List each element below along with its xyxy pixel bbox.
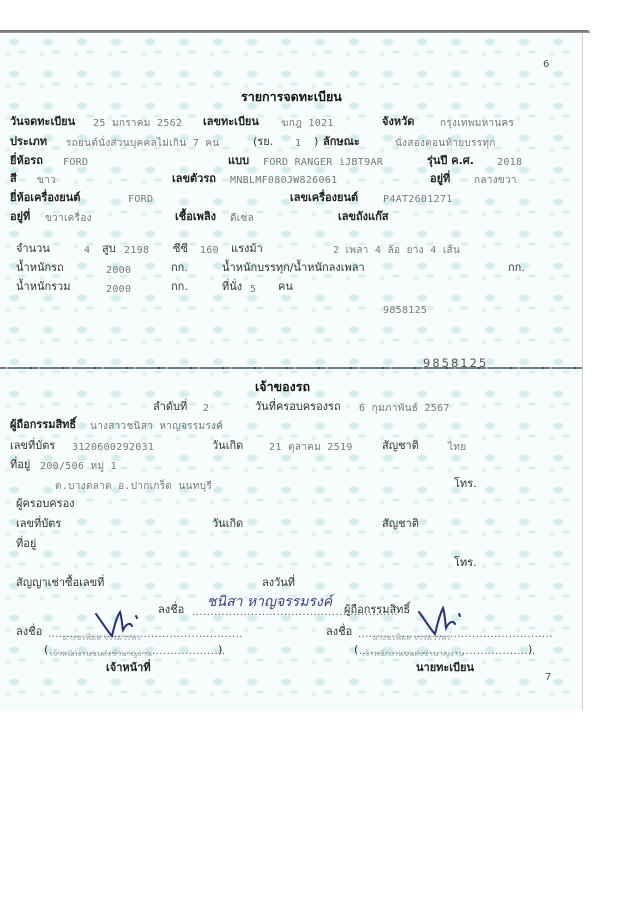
- officer-signature-scribble: [92, 606, 142, 642]
- cylinders-unit: สูบ: [102, 242, 116, 256]
- engine-brand-label: ยี่ห้อเครื่องยนต์: [10, 191, 80, 205]
- gross-weight-value: 2000: [106, 283, 131, 297]
- vin-location-value: กลางขวา: [474, 174, 517, 188]
- officer-paren-close: ): [218, 643, 222, 657]
- registrar-stamp-title: เจ้าพนักงานขนส่งชำนาญงาน: [362, 647, 464, 661]
- document-number: 9858125: [383, 304, 427, 318]
- owner-id-label: เลขที่บัตร: [10, 439, 55, 453]
- gross-weight-unit: กก.: [171, 280, 188, 294]
- registrar-paren-close: ): [528, 643, 532, 657]
- vin-location-label: อยู่ที่: [430, 172, 450, 186]
- cylinders-value: 4: [84, 244, 90, 258]
- weight-unit: กก.: [171, 261, 188, 275]
- fuel-label: เชื้อเพลิง: [175, 210, 216, 224]
- weight-label: น้ำหนักรถ: [16, 261, 64, 275]
- holder-label: ผู้ถือกรรมสิทธิ์: [10, 418, 76, 432]
- brand-label: ยี่ห้อรถ: [10, 154, 43, 168]
- owner-nationality-value: ไทย: [448, 441, 466, 455]
- cc-unit: ซีซี: [173, 242, 188, 256]
- owner-birth-label: วันเกิด: [212, 439, 243, 453]
- plate-label: เลขทะเบียน: [203, 115, 259, 129]
- owner-id-value: 3120600292031: [72, 441, 154, 455]
- possessor-nationality-label: สัญชาติ: [382, 517, 419, 531]
- hp-unit: แรงม้า: [231, 242, 263, 256]
- possessor-heading: ผู้ครอบครอง: [16, 497, 75, 511]
- officer-stamp-title: เจ้าพนักงานขนส่งชำนาญงาน: [50, 647, 152, 661]
- engine-brand-value: FORD: [128, 193, 153, 207]
- possession-date-value: 6 กุมภาพันธ์ 2567: [359, 402, 450, 416]
- province-label: จังหวัด: [382, 115, 414, 129]
- holder-role: ผู้ถือกรรมสิทธิ์: [344, 603, 410, 617]
- owner-nationality-label: สัญชาติ: [382, 439, 419, 453]
- fuel-value: ดีเซล: [230, 212, 254, 226]
- order-label: ลำดับที่: [153, 400, 187, 414]
- plate-value: ฆกฎ 1021: [281, 117, 334, 131]
- gas-tank-label: เลขถังแก๊ส: [338, 210, 389, 224]
- holder-signature: ชนิสา หาญจรรมรงค์: [207, 595, 332, 609]
- engine-no-label: เลขเครื่องยนต์: [290, 191, 358, 205]
- registrar-sign-label: ลงชื่อ: [326, 625, 352, 639]
- registration-heading: รายการจดทะเบียน: [241, 90, 342, 104]
- type-value: รถยนต์นั่งส่วนบุคคลไม่เกิน 7 คน: [66, 137, 219, 151]
- engine-no-value: P4AT2601271: [383, 193, 453, 207]
- brand-value: FORD: [63, 156, 88, 170]
- load-label: น้ำหนักบรรทุก/น้ำหนักลงเพลา: [222, 261, 365, 275]
- holder-sign-label: ลงชื่อ: [158, 603, 184, 617]
- possessor-phone-label: โทร.: [454, 556, 477, 570]
- year-value: 2018: [497, 156, 522, 170]
- reg-date-label: วันจดทะเบียน: [10, 115, 75, 129]
- possessor-birth-label: วันเกิด: [212, 517, 243, 531]
- registrar-role: นายทะเบียน: [416, 661, 474, 675]
- officer-paren-open: (: [44, 643, 48, 657]
- owner-address-line1: 200/506 หมู่ 1: [40, 460, 117, 474]
- type-code-open: (รย.: [253, 135, 273, 149]
- faint-document-number: 9858125: [423, 356, 488, 367]
- axles-value: 2 เพลา 4 ล้อ ยาง 4 เส้น: [333, 244, 460, 258]
- seats-value: 5: [250, 283, 256, 297]
- engine-location-value: ขวาเครื่อง: [45, 212, 92, 226]
- page-fold-line: [0, 367, 582, 369]
- vin-value: MNBLMF080JW826061: [230, 174, 337, 188]
- possessor-id-label: เลขที่บัตร: [16, 517, 61, 531]
- color-value: ขาว: [37, 174, 56, 188]
- weight-value: 2000: [106, 264, 131, 278]
- gross-weight-label: น้ำหนักรวม: [16, 280, 70, 294]
- color-label: สี: [10, 172, 17, 186]
- engine-location-label: อยู่ที่: [10, 210, 30, 224]
- vin-label: เลขตัวรถ: [172, 172, 216, 186]
- page-top-edge: [0, 30, 590, 33]
- seats-unit: คน: [278, 280, 293, 294]
- load-unit: กก.: [508, 261, 525, 275]
- registrar-paren-open: (: [354, 643, 358, 657]
- owner-address-label: ที่อยู่: [10, 458, 30, 472]
- cylinders-label: จำนวน: [16, 242, 50, 256]
- page-number-top: 6: [543, 58, 549, 72]
- model-value: FORD RANGER iJBT9AR: [263, 156, 383, 170]
- owner-heading: เจ้าของรถ: [255, 380, 310, 394]
- style-label: ลักษณะ: [323, 135, 360, 149]
- owner-address-line2: ต.บางตลาด อ.ปากเกร็ด นนทบุรี: [55, 480, 212, 494]
- type-code-close: ): [314, 135, 318, 149]
- cc-value: 2198: [124, 244, 149, 258]
- type-code-value: 1: [295, 137, 301, 151]
- model-label: แบบ: [228, 154, 249, 168]
- reg-date-value: 25 มกราคม 2562: [93, 117, 182, 131]
- registrar-signature-scribble: [415, 602, 465, 640]
- order-value: 2: [203, 402, 209, 416]
- seats-label: ที่นั่ง: [222, 280, 242, 294]
- hire-purchase-label: สัญญาเช่าซื้อเลขที่: [16, 576, 104, 590]
- possessor-address-label: ที่อยู่: [16, 537, 36, 551]
- year-label: รุ่นปี ค.ศ.: [427, 154, 474, 168]
- style-value: นั่งสองตอนท้ายบรรทุก: [395, 137, 496, 151]
- hp-value: 160: [200, 244, 219, 258]
- officer-role: เจ้าหน้าที่: [106, 661, 151, 675]
- officer-sign-label: ลงชื่อ: [16, 625, 42, 639]
- province-value: กรุงเทพมหานคร: [440, 117, 514, 131]
- owner-phone-label: โทร.: [454, 477, 477, 491]
- owner-birth-value: 21 ตุลาคม 2519: [269, 441, 353, 455]
- contract-date-label: ลงวันที่: [262, 576, 295, 590]
- type-label: ประเภท: [10, 135, 47, 149]
- page-number-bottom: 7: [545, 671, 551, 685]
- holder-name: นางสาวชนิสา หาญจรรมรงค์: [90, 420, 223, 434]
- possession-date-label: วันที่ครอบครองรถ: [255, 400, 341, 414]
